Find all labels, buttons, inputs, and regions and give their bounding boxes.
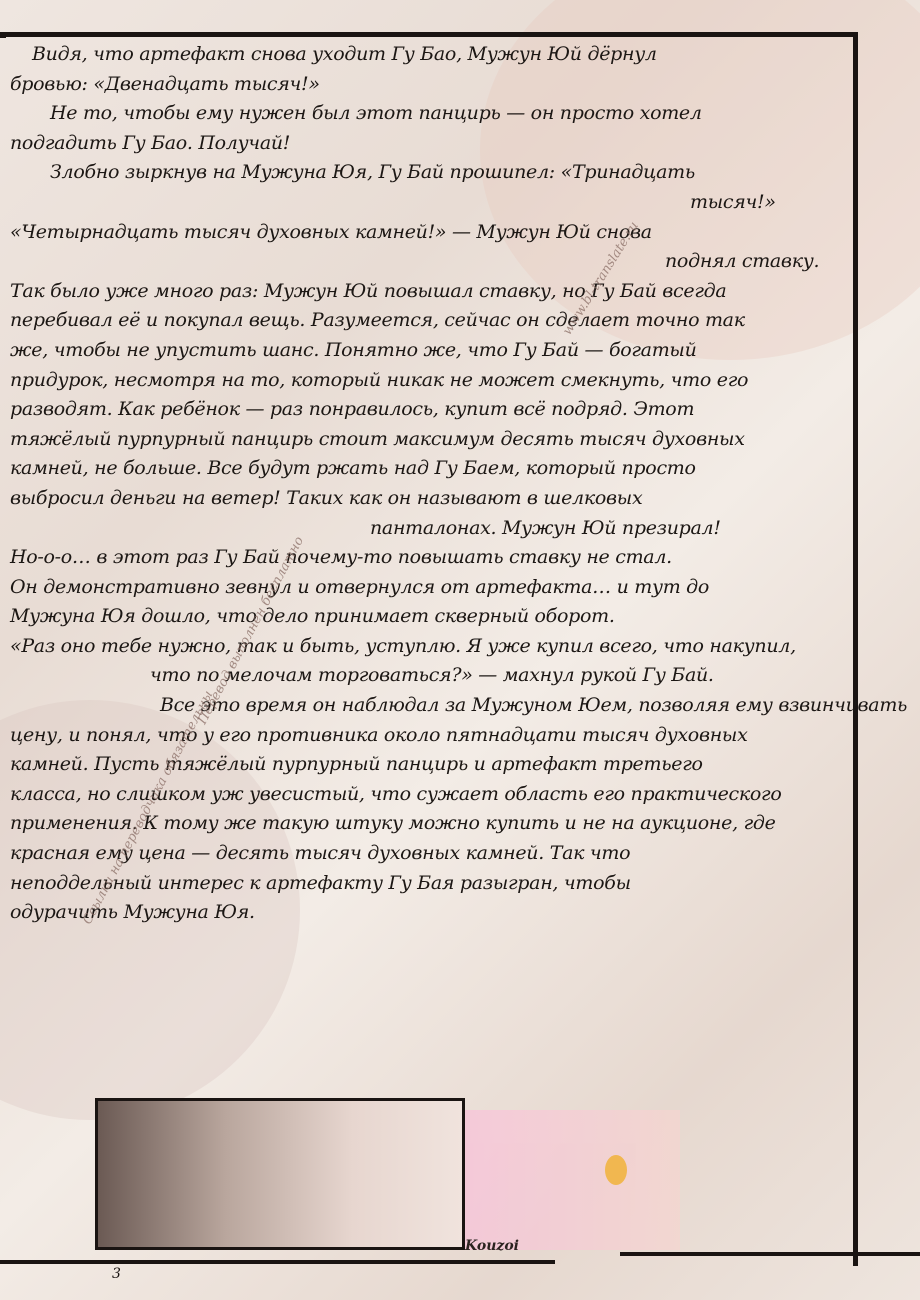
text-line: же, чтобы не упустить шанс. Понятно же, … <box>10 336 850 366</box>
text-line: тяжёлый пурпурный панцирь стоит максимум… <box>10 425 850 455</box>
panel-border <box>0 1260 555 1264</box>
frame-corner <box>0 32 6 38</box>
text-line: Все это время он наблюдал за Мужуном Юем… <box>10 691 850 721</box>
text-line: «Четырнадцать тысяч духовных камней!» — … <box>10 218 850 248</box>
text-line: Так было уже много раз: Мужун Юй повышал… <box>10 277 850 307</box>
text-line: одурачить Мужуна Юя. <box>10 898 850 928</box>
illustration-character-panel <box>95 1098 465 1250</box>
text-line: Злобно зыркнув на Мужуна Юя, Гу Бай прош… <box>10 158 850 188</box>
text-line: неподдельный интерес к артефакту Гу Бая … <box>10 869 850 899</box>
text-line: Он демонстративно зевнул и отвернулся от… <box>10 573 850 603</box>
text-line: Мужуна Юя дошло, что дело принимает скве… <box>10 602 850 632</box>
text-line: Не то, чтобы ему нужен был этот панцирь … <box>10 99 850 129</box>
story-text: Видя, что артефакт снова уходит Гу Бао, … <box>10 40 850 928</box>
text-line: подгадить Гу Бао. Получай! <box>10 129 850 159</box>
text-line: цену, и понял, что у его противника окол… <box>10 721 850 751</box>
page-number: 3 <box>112 1266 121 1282</box>
text-line: перебивал её и покупал вещь. Разумеется,… <box>10 306 850 336</box>
text-line: поднял ставку. <box>10 247 850 277</box>
text-line: «Раз оно тебе нужно, так и быть, уступлю… <box>10 632 850 662</box>
text-line: камней, не больше. Все будут ржать над Г… <box>10 454 850 484</box>
text-line: разводят. Как ребёнок — раз понравилось,… <box>10 395 850 425</box>
text-line: тысяч!» <box>10 188 850 218</box>
eye-highlight <box>605 1155 627 1185</box>
text-line: класса, но слишком уж увесистый, что суж… <box>10 780 850 810</box>
text-line: бровью: «Двенадцать тысяч!» <box>10 70 850 100</box>
translator-logo: Kouzoi <box>465 1238 519 1254</box>
text-line: камней. Пусть тяжёлый пурпурный панцирь … <box>10 750 850 780</box>
text-line: панталонах. Мужун Юй презирал! <box>10 514 850 544</box>
text-line: что по мелочам торговаться?» — махнул ру… <box>10 661 850 691</box>
text-line: Видя, что артефакт снова уходит Гу Бао, … <box>10 40 850 70</box>
text-line: Но-о-о… в этот раз Гу Бай почему-то повы… <box>10 543 850 573</box>
panel-border <box>620 1252 920 1256</box>
text-line: придурок, несмотря на то, который никак … <box>10 366 850 396</box>
text-line: выбросил деньги на ветер! Таких как он н… <box>10 484 850 514</box>
